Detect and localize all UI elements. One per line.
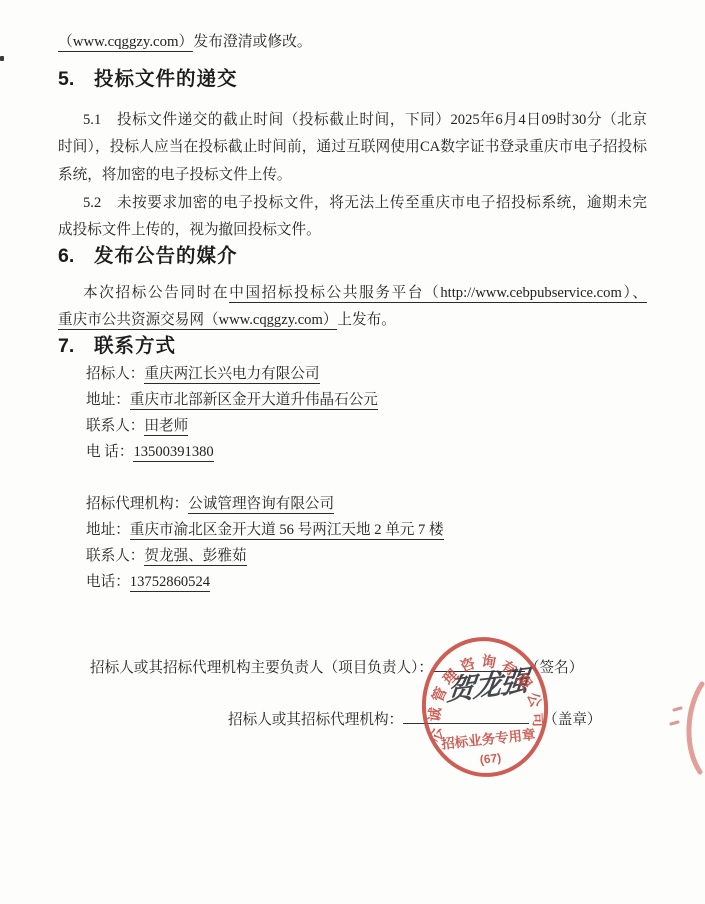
stamp-title-text: 招标业务专用章: [440, 726, 537, 752]
agency-seal-line: 招标人或其招标代理机构：（盖章）: [58, 706, 647, 734]
clarification-line: （www.cqggzy.com）发布澄清或修改。: [58, 31, 647, 53]
contact-label: 地址：: [86, 392, 130, 408]
contact-label: 地址：: [86, 522, 130, 538]
responsible-person-label: 招标人或其招标代理机构主要负责人（项目负责人）：: [90, 660, 433, 676]
contact-label: 联系人：: [86, 418, 144, 434]
tenderer-contact-person: 田老师: [144, 418, 188, 436]
publication-text-end: 上发布。: [337, 312, 395, 328]
publication-paragraph: 本次招标公告同时在中国招标投标公共服务平台（http://www.cebpubs…: [58, 280, 647, 335]
contact-row: 地址：重庆市北部新区金开大道升伟晶石公元: [86, 387, 647, 413]
tenderer-address: 重庆市北部新区金开大道升伟晶石公元: [130, 392, 378, 410]
contact-row: 招标代理机构：公诚管理咨询有限公司: [86, 491, 647, 517]
contact-label: 联系人：: [86, 548, 144, 564]
tenderer-contact-block: 招标人：重庆两江长兴电力有限公司 地址：重庆市北部新区金开大道升伟晶石公元 联系…: [58, 361, 647, 465]
service-platform-link-text: 中国招标投标公共服务平台（http://www.cebpubservice.co…: [229, 285, 647, 303]
agency-name: 公诚管理咨询有限公司: [188, 496, 334, 514]
responsible-person-signature-line: 招标人或其招标代理机构主要负责人（项目负责人）：（签名）: [58, 654, 647, 682]
contact-row: 联系人：贺龙强、彭雅茹: [86, 543, 647, 569]
clarification-text: 发布澄清或修改。: [193, 34, 311, 50]
exchange-site-link-text: 重庆市公共资源交易网（www.cqggzy.com）: [58, 312, 337, 330]
paragraph-line: 本次招标公告同时在中国招标投标公共服务平台（http://www.cebpubs…: [58, 280, 647, 308]
publication-text: 本次招标公告同时在: [83, 285, 229, 301]
agency-contact-block: 招标代理机构：公诚管理咨询有限公司 地址：重庆市渝北区金开大道 56 号两江天地…: [58, 491, 647, 595]
company-stamp: 公诚管理咨询有限公司 招标业务专用章 (67): [410, 625, 561, 788]
section-7-heading: 7.联系方式: [58, 335, 647, 357]
section-5-heading: 5.投标文件的递交: [58, 68, 647, 90]
paragraph-line: 5.2 未按要求加密的电子投标文件，将无法上传至重庆市电子招投标系统，逾期未完: [58, 190, 647, 218]
contact-label: 招标人：: [86, 366, 144, 382]
cqggzy-url-text: （www.cqggzy.com）: [58, 34, 193, 52]
agency-address: 重庆市渝北区金开大道 56 号两江天地 2 单元 7 楼: [130, 522, 444, 540]
section-6-heading: 6.发布公告的媒介: [58, 245, 647, 267]
contact-row: 联系人：田老师: [86, 413, 647, 439]
contact-row: 地址：重庆市渝北区金开大道 56 号两江天地 2 单元 7 楼: [86, 517, 647, 543]
paragraph-line: 时间），投标人应当在投标截止时间前，通过互联网使用CA数字证书登录重庆市电子招投…: [58, 134, 647, 162]
contact-row: 招标人：重庆两江长兴电力有限公司: [86, 361, 647, 387]
section-6-title: 发布公告的媒介: [94, 245, 238, 267]
document-page: （www.cqggzy.com）发布澄清或修改。 5.投标文件的递交 5.1 投…: [0, 0, 705, 904]
paragraph-line: 系统，将加密的电子投标文件上传。: [58, 162, 647, 190]
agency-phone: 13752860524: [130, 574, 210, 592]
contact-label: 电 话：: [86, 444, 133, 460]
section-5-title: 投标文件的递交: [94, 68, 238, 90]
contact-label: 招标代理机构：: [86, 496, 188, 512]
document-content: （www.cqggzy.com）发布澄清或修改。 5.投标文件的递交 5.1 投…: [58, 0, 647, 734]
paragraph-line: 5.1 投标文件递交的截止时间（投标截止时间，下同）2025年6月4日09时30…: [58, 107, 647, 135]
section-7-number: 7.: [58, 335, 94, 357]
scan-artifact: [0, 56, 4, 61]
paragraph-5-1: 5.1 投标文件递交的截止时间（投标截止时间，下同）2025年6月4日09时30…: [58, 107, 647, 190]
seal-line-label: 招标人或其招标代理机构：: [228, 712, 403, 728]
paragraph-line: 重庆市公共资源交易网（www.cqggzy.com）上发布。: [58, 307, 647, 335]
paragraph-line: 成投标文件上传的，视为撤回投标文件。: [58, 217, 647, 245]
contact-row: 电 话：13500391380: [86, 439, 647, 465]
tenderer-name: 重庆两江长兴电力有限公司: [144, 366, 319, 384]
tenderer-phone: 13500391380: [133, 444, 213, 462]
section-7-title: 联系方式: [94, 335, 176, 357]
paragraph-5-2: 5.2 未按要求加密的电子投标文件，将无法上传至重庆市电子招投标系统，逾期未完 …: [58, 190, 647, 245]
stamp-number-text: (67): [479, 751, 502, 767]
partial-stamp-edge-arc: [655, 656, 705, 806]
section-6-number: 6.: [58, 245, 94, 267]
agency-contact-person: 贺龙强、彭雅茹: [144, 548, 246, 566]
contact-row: 电话：13752860524: [86, 569, 647, 595]
section-5-number: 5.: [58, 68, 94, 90]
contact-label: 电话：: [86, 574, 130, 590]
